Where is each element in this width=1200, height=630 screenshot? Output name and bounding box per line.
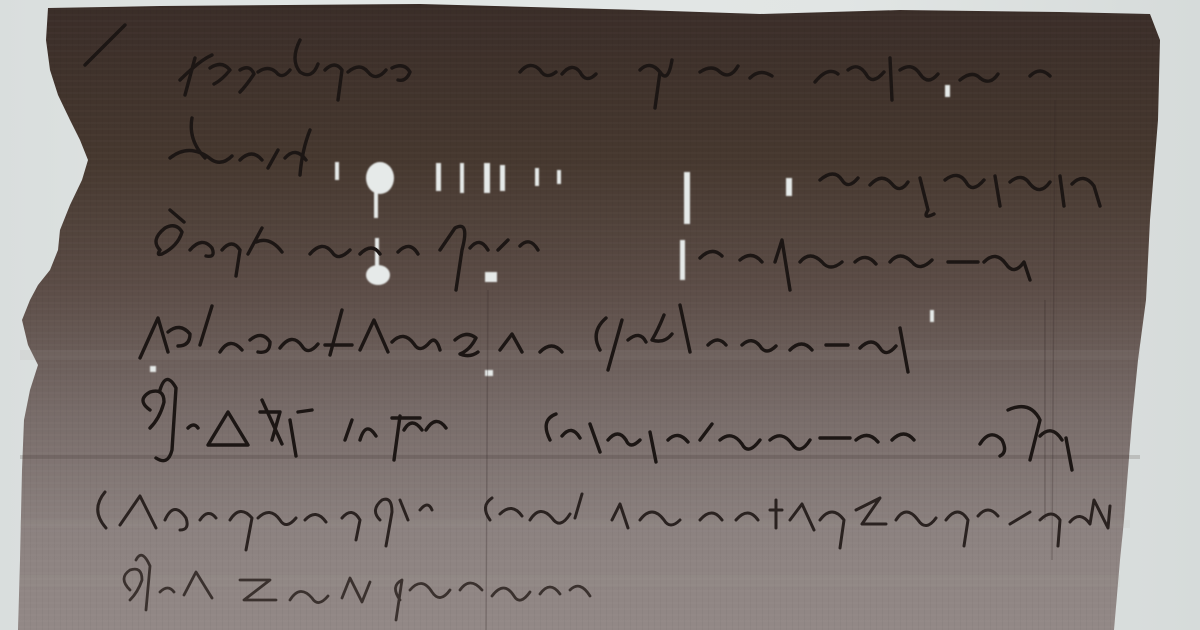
papyrus-fragment (0, 0, 1200, 630)
